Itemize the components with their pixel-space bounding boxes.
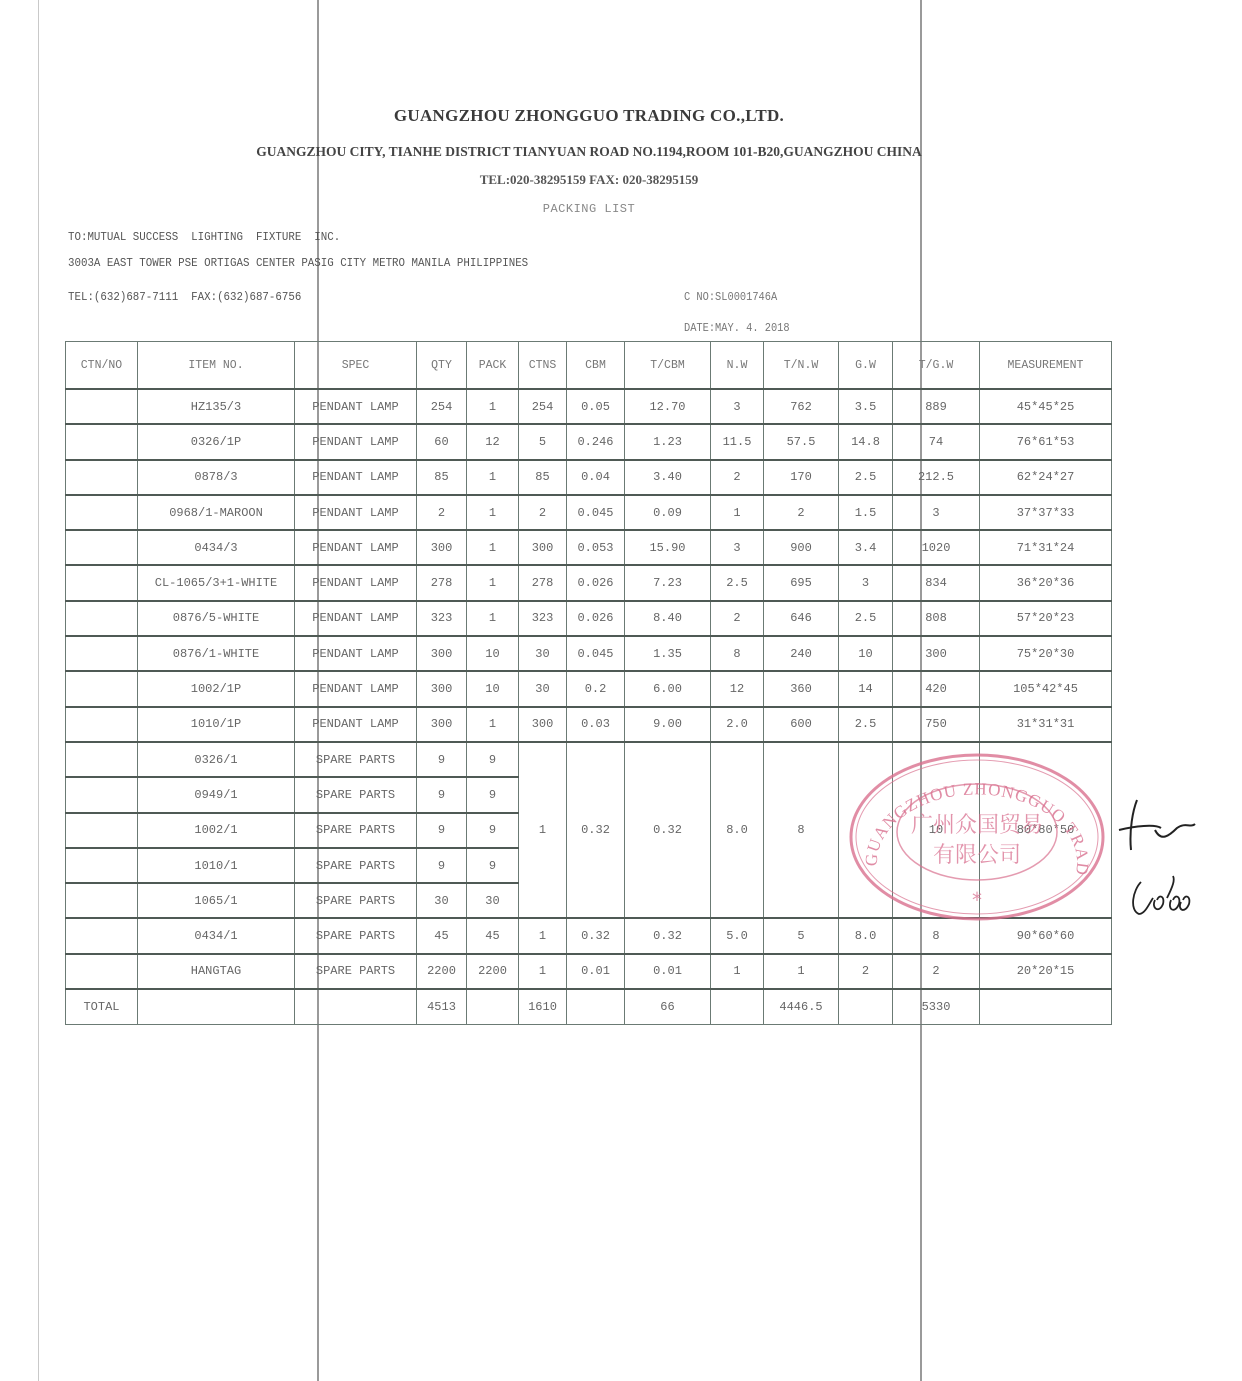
cell-cbm: 0.32 <box>567 742 625 918</box>
column-header: T/CBM <box>625 342 711 390</box>
column-header: MEASUREMENT <box>980 342 1112 390</box>
company-address: GUANGZHOU CITY, TIANHE DISTRICT TIANYUAN… <box>0 144 1178 160</box>
cell-item: 0326/1 <box>138 742 295 777</box>
cell-ctns: 278 <box>519 565 567 600</box>
cell-cbm: 0.045 <box>567 636 625 671</box>
cell-tcbm: 1.35 <box>625 636 711 671</box>
cell-cbm: 0.053 <box>567 530 625 565</box>
cell-meas: 31*31*31 <box>980 707 1112 742</box>
cell-tcbm: 7.23 <box>625 565 711 600</box>
cell-nw: 1 <box>711 954 764 989</box>
cell-total: 4446.5 <box>764 989 839 1024</box>
table-row: 0968/1-MAROONPENDANT LAMP2120.0450.09121… <box>66 495 1112 530</box>
table-row: 0434/1SPARE PARTS454510.320.325.058.0890… <box>66 918 1112 953</box>
cell-tcbm: 8.40 <box>625 601 711 636</box>
cell-spec: SPARE PARTS <box>295 954 417 989</box>
cell-ctn_no <box>66 389 138 424</box>
column-header: SPEC <box>295 342 417 390</box>
cell-tnw: 900 <box>764 530 839 565</box>
cell-tnw: 57.5 <box>764 424 839 459</box>
cell-gw: 3.4 <box>839 530 893 565</box>
cell-ctn_no <box>66 601 138 636</box>
company-seal-stamp: GUANGZHOU ZHONGGUO TRADING CO.,LTD. 广州众国… <box>848 752 1106 922</box>
svg-text:*: * <box>972 888 982 912</box>
table-header-row: CTN/NOITEM NO.SPECQTYPACKCTNSCBMT/CBMN.W… <box>66 342 1112 390</box>
cell-nw: 1 <box>711 495 764 530</box>
cell-gw: 2.5 <box>839 707 893 742</box>
cell-cbm: 0.026 <box>567 565 625 600</box>
cell-ctns: 300 <box>519 530 567 565</box>
cell-tnw: 240 <box>764 636 839 671</box>
cell-pack: 10 <box>467 636 519 671</box>
cell-tnw: 695 <box>764 565 839 600</box>
cell-item: CL-1065/3+1-WHITE <box>138 565 295 600</box>
cell-qty: 300 <box>417 530 467 565</box>
cell-cbm: 0.045 <box>567 495 625 530</box>
contract-number: C NO:SL0001746A <box>684 291 777 304</box>
cell-qty: 278 <box>417 565 467 600</box>
cell-gw: 10 <box>839 636 893 671</box>
cell-meas: 37*37*33 <box>980 495 1112 530</box>
cell-qty: 300 <box>417 707 467 742</box>
table-row: 1002/1PPENDANT LAMP30010300.26.001236014… <box>66 671 1112 706</box>
cell-item: 0326/1P <box>138 424 295 459</box>
cell-nw: 3 <box>711 389 764 424</box>
cell-meas: 90*60*60 <box>980 918 1112 953</box>
cell-tgw: 1020 <box>893 530 980 565</box>
table-row: 0434/3PENDANT LAMP30013000.05315.9039003… <box>66 530 1112 565</box>
cell-qty: 9 <box>417 813 467 848</box>
packing-list-table: CTN/NOITEM NO.SPECQTYPACKCTNSCBMT/CBMN.W… <box>65 341 1112 1025</box>
column-header: PACK <box>467 342 519 390</box>
cell-pack: 2200 <box>467 954 519 989</box>
cell-tgw: 889 <box>893 389 980 424</box>
cell-tcbm: 0.09 <box>625 495 711 530</box>
cell-meas: 75*20*30 <box>980 636 1112 671</box>
cell-spec: PENDANT LAMP <box>295 636 417 671</box>
cell-tnw: 762 <box>764 389 839 424</box>
column-header: CBM <box>567 342 625 390</box>
cell-nw: 5.0 <box>711 918 764 953</box>
recipient-name: TO:MUTUAL SUCCESS LIGHTING FIXTURE INC. <box>68 230 340 244</box>
cell-tgw: 808 <box>893 601 980 636</box>
cell-spec: PENDANT LAMP <box>295 707 417 742</box>
cell-gw: 2 <box>839 954 893 989</box>
cell-tgw: 3 <box>893 495 980 530</box>
cell-ctns: 2 <box>519 495 567 530</box>
cell-nw: 2 <box>711 460 764 495</box>
cell-spec: SPARE PARTS <box>295 777 417 812</box>
cell-cbm: 0.01 <box>567 954 625 989</box>
cell-qty: 300 <box>417 636 467 671</box>
total-row: TOTAL45131610664446.55330 <box>66 989 1112 1024</box>
cell-total <box>467 989 519 1024</box>
cell-meas: 57*20*23 <box>980 601 1112 636</box>
cell-meas: 71*31*24 <box>980 530 1112 565</box>
table-row: 1010/1PPENDANT LAMP30013000.039.002.0600… <box>66 707 1112 742</box>
cell-tgw: 420 <box>893 671 980 706</box>
cell-pack: 9 <box>467 742 519 777</box>
cell-spec: PENDANT LAMP <box>295 460 417 495</box>
table-row: 0878/3PENDANT LAMP851850.043.4021702.521… <box>66 460 1112 495</box>
company-name: GUANGZHOU ZHONGGUO TRADING CO.,LTD. <box>0 106 1178 126</box>
cell-cbm: 0.04 <box>567 460 625 495</box>
table-row: HZ135/3PENDANT LAMP25412540.0512.7037623… <box>66 389 1112 424</box>
cell-meas: 76*61*53 <box>980 424 1112 459</box>
cell-total <box>138 989 295 1024</box>
cell-tgw: 300 <box>893 636 980 671</box>
cell-nw: 2 <box>711 601 764 636</box>
cell-item: 1002/1P <box>138 671 295 706</box>
cell-tcbm: 15.90 <box>625 530 711 565</box>
cell-tgw: 750 <box>893 707 980 742</box>
cell-ctns: 85 <box>519 460 567 495</box>
cell-qty: 2200 <box>417 954 467 989</box>
cell-item: 0878/3 <box>138 460 295 495</box>
cell-qty: 85 <box>417 460 467 495</box>
cell-pack: 10 <box>467 671 519 706</box>
column-header: N.W <box>711 342 764 390</box>
cell-ctns: 323 <box>519 601 567 636</box>
cell-qty: 9 <box>417 742 467 777</box>
cell-tgw: 74 <box>893 424 980 459</box>
document-date: DATE:MAY. 4. 2018 <box>684 322 790 335</box>
cell-spec: SPARE PARTS <box>295 848 417 883</box>
cell-item: 1010/1 <box>138 848 295 883</box>
cell-total <box>980 989 1112 1024</box>
handwritten-signature <box>1115 790 1215 930</box>
column-header: T/N.W <box>764 342 839 390</box>
cell-gw: 8.0 <box>839 918 893 953</box>
cell-total: 66 <box>625 989 711 1024</box>
cell-nw: 8 <box>711 636 764 671</box>
cell-gw: 14 <box>839 671 893 706</box>
column-header: ITEM NO. <box>138 342 295 390</box>
cell-ctns: 254 <box>519 389 567 424</box>
cell-tgw: 212.5 <box>893 460 980 495</box>
cell-pack: 1 <box>467 389 519 424</box>
document-title: PACKING LIST <box>0 202 1178 216</box>
cell-qty: 60 <box>417 424 467 459</box>
cell-tnw: 170 <box>764 460 839 495</box>
cell-item: 1010/1P <box>138 707 295 742</box>
cell-tcbm: 0.32 <box>625 742 711 918</box>
cell-meas: 105*42*45 <box>980 671 1112 706</box>
recipient-address: 3003A EAST TOWER PSE ORTIGAS CENTER PASI… <box>68 256 528 270</box>
cell-item: HZ135/3 <box>138 389 295 424</box>
cell-ctn_no <box>66 636 138 671</box>
cell-gw: 3.5 <box>839 389 893 424</box>
table-row: HANGTAGSPARE PARTS2200220010.010.0111222… <box>66 954 1112 989</box>
cell-ctns: 1 <box>519 742 567 918</box>
cell-ctn_no <box>66 813 138 848</box>
cell-pack: 1 <box>467 707 519 742</box>
cell-cbm: 0.2 <box>567 671 625 706</box>
cell-meas: 45*45*25 <box>980 389 1112 424</box>
cell-spec: PENDANT LAMP <box>295 601 417 636</box>
table-row: 0326/1PPENDANT LAMP601250.2461.2311.557.… <box>66 424 1112 459</box>
cell-item: 0876/5-WHITE <box>138 601 295 636</box>
cell-qty: 9 <box>417 777 467 812</box>
table-row: CL-1065/3+1-WHITEPENDANT LAMP27812780.02… <box>66 565 1112 600</box>
cell-nw: 2.0 <box>711 707 764 742</box>
column-header: T/G.W <box>893 342 980 390</box>
cell-ctn_no <box>66 424 138 459</box>
cell-item: 0876/1-WHITE <box>138 636 295 671</box>
cell-item: 1065/1 <box>138 883 295 918</box>
cell-pack: 1 <box>467 460 519 495</box>
cell-ctn_no <box>66 918 138 953</box>
cell-tnw: 1 <box>764 954 839 989</box>
column-header: CTNS <box>519 342 567 390</box>
cell-tnw: 600 <box>764 707 839 742</box>
cell-tcbm: 0.01 <box>625 954 711 989</box>
cell-tnw: 2 <box>764 495 839 530</box>
cell-qty: 254 <box>417 389 467 424</box>
column-header: QTY <box>417 342 467 390</box>
cell-gw: 2.5 <box>839 460 893 495</box>
cell-cbm: 0.32 <box>567 918 625 953</box>
cell-spec: PENDANT LAMP <box>295 530 417 565</box>
cell-gw: 3 <box>839 565 893 600</box>
cell-ctns: 1 <box>519 918 567 953</box>
cell-cbm: 0.246 <box>567 424 625 459</box>
recipient-tel-fax: TEL:(632)687-7111 FAX:(632)687-6756 <box>68 290 301 304</box>
cell-ctn_no <box>66 883 138 918</box>
cell-ctn_no <box>66 460 138 495</box>
column-header: CTN/NO <box>66 342 138 390</box>
cell-total <box>567 989 625 1024</box>
cell-total: 1610 <box>519 989 567 1024</box>
cell-tcbm: 12.70 <box>625 389 711 424</box>
cell-item: 0434/3 <box>138 530 295 565</box>
cell-tnw: 5 <box>764 918 839 953</box>
cell-item: 0949/1 <box>138 777 295 812</box>
cell-ctn_no <box>66 530 138 565</box>
cell-nw: 11.5 <box>711 424 764 459</box>
cell-nw: 3 <box>711 530 764 565</box>
cell-spec: PENDANT LAMP <box>295 389 417 424</box>
cell-ctn_no <box>66 565 138 600</box>
cell-qty: 30 <box>417 883 467 918</box>
cell-nw: 8.0 <box>711 742 764 918</box>
cell-ctn_no <box>66 742 138 777</box>
cell-ctns: 1 <box>519 954 567 989</box>
cell-meas: 20*20*15 <box>980 954 1112 989</box>
cell-spec: PENDANT LAMP <box>295 495 417 530</box>
cell-pack: 12 <box>467 424 519 459</box>
cell-tnw: 646 <box>764 601 839 636</box>
svg-text:有限公司: 有限公司 <box>933 843 1021 868</box>
cell-cbm: 0.03 <box>567 707 625 742</box>
cell-ctn_no <box>66 954 138 989</box>
cell-pack: 9 <box>467 813 519 848</box>
cell-tgw: 2 <box>893 954 980 989</box>
table-row: 0876/1-WHITEPENDANT LAMP30010300.0451.35… <box>66 636 1112 671</box>
svg-text:广州众国贸易: 广州众国贸易 <box>911 813 1043 838</box>
cell-tcbm: 0.32 <box>625 918 711 953</box>
cell-gw: 1.5 <box>839 495 893 530</box>
cell-meas: 62*24*27 <box>980 460 1112 495</box>
cell-pack: 1 <box>467 495 519 530</box>
cell-pack: 1 <box>467 530 519 565</box>
cell-total <box>295 989 417 1024</box>
cell-ctn_no <box>66 671 138 706</box>
cell-pack: 9 <box>467 848 519 883</box>
cell-qty: 45 <box>417 918 467 953</box>
cell-ctns: 30 <box>519 636 567 671</box>
cell-item: 0434/1 <box>138 918 295 953</box>
cell-item: 1002/1 <box>138 813 295 848</box>
cell-cbm: 0.026 <box>567 601 625 636</box>
cell-tcbm: 3.40 <box>625 460 711 495</box>
cell-ctn_no <box>66 707 138 742</box>
cell-spec: SPARE PARTS <box>295 813 417 848</box>
cell-ctn_no <box>66 495 138 530</box>
cell-ctn_no <box>66 848 138 883</box>
cell-tcbm: 6.00 <box>625 671 711 706</box>
cell-qty: 9 <box>417 848 467 883</box>
cell-nw: 12 <box>711 671 764 706</box>
cell-pack: 30 <box>467 883 519 918</box>
cell-total: 4513 <box>417 989 467 1024</box>
cell-ctns: 30 <box>519 671 567 706</box>
total-label: TOTAL <box>66 989 138 1024</box>
column-header: G.W <box>839 342 893 390</box>
cell-ctns: 300 <box>519 707 567 742</box>
cell-ctns: 5 <box>519 424 567 459</box>
cell-total: 5330 <box>893 989 980 1024</box>
cell-tgw: 834 <box>893 565 980 600</box>
cell-nw: 2.5 <box>711 565 764 600</box>
cell-qty: 2 <box>417 495 467 530</box>
cell-total <box>711 989 764 1024</box>
cell-tnw: 8 <box>764 742 839 918</box>
cell-tnw: 360 <box>764 671 839 706</box>
cell-item: 0968/1-MAROON <box>138 495 295 530</box>
cell-spec: PENDANT LAMP <box>295 424 417 459</box>
cell-qty: 300 <box>417 671 467 706</box>
cell-pack: 45 <box>467 918 519 953</box>
cell-qty: 323 <box>417 601 467 636</box>
cell-gw: 2.5 <box>839 601 893 636</box>
cell-pack: 9 <box>467 777 519 812</box>
cell-item: HANGTAG <box>138 954 295 989</box>
cell-total <box>839 989 893 1024</box>
cell-tcbm: 9.00 <box>625 707 711 742</box>
company-tel-fax: TEL:020-38295159 FAX: 020-38295159 <box>0 172 1178 188</box>
cell-spec: SPARE PARTS <box>295 918 417 953</box>
cell-pack: 1 <box>467 565 519 600</box>
cell-tcbm: 1.23 <box>625 424 711 459</box>
cell-pack: 1 <box>467 601 519 636</box>
cell-meas: 36*20*36 <box>980 565 1112 600</box>
cell-tgw: 8 <box>893 918 980 953</box>
cell-gw: 14.8 <box>839 424 893 459</box>
cell-ctn_no <box>66 777 138 812</box>
cell-spec: PENDANT LAMP <box>295 671 417 706</box>
cell-spec: PENDANT LAMP <box>295 565 417 600</box>
cell-spec: SPARE PARTS <box>295 742 417 777</box>
cell-cbm: 0.05 <box>567 389 625 424</box>
table-row: 0876/5-WHITEPENDANT LAMP32313230.0268.40… <box>66 601 1112 636</box>
cell-spec: SPARE PARTS <box>295 883 417 918</box>
